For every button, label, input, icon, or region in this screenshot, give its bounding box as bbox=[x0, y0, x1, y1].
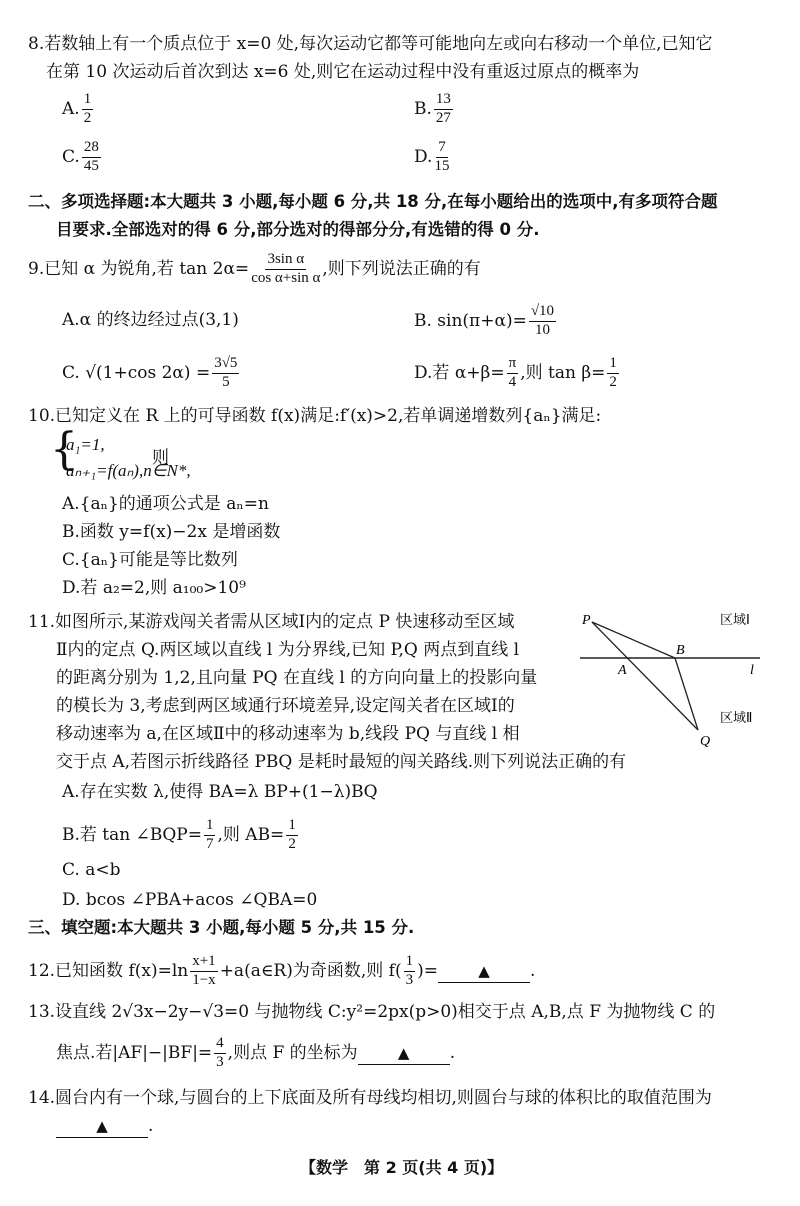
q8-line2: 在第 10 次运动后首次到达 x=6 处,则它在运动过程中没有重返过原点的概率为 bbox=[46, 64, 639, 81]
segment-pb bbox=[592, 622, 675, 658]
q11-option-b: B.若 tan ∠BQP=17,则 AB=12 bbox=[62, 818, 300, 853]
q9-option-c: C. √(1+cos 2α) =3√55 bbox=[62, 356, 241, 391]
q11-figure: P A B Q l 区域Ⅰ 区域Ⅱ bbox=[580, 600, 800, 750]
q8-option-b: B.1327 bbox=[414, 92, 455, 127]
q10-system-eq1: a₁=1, bbox=[66, 436, 105, 453]
q10-option-a: A.{aₙ}的通项公式是 aₙ=n bbox=[62, 496, 269, 513]
region-2-label: 区域Ⅱ bbox=[720, 711, 752, 726]
region-1-label: 区域Ⅰ bbox=[720, 613, 750, 628]
section2-heading-line2: 目要求.全部选对的得 6 分,部分选对的得部分分,有选错的得 0 分. bbox=[56, 222, 540, 239]
q11-option-a: A.存在实数 λ,使得 BA=λ BP+(1−λ)BQ bbox=[62, 784, 378, 801]
q9-stem: 9.已知 α 为锐角,若 tan 2α=3sin αcos α+sin α,则下… bbox=[28, 252, 481, 287]
q13-line2: 焦点.若|AF|−|BF|=43,则点 F 的坐标为▲. bbox=[56, 1036, 455, 1071]
q10-option-b: B.函数 y=f(x)−2x 是增函数 bbox=[62, 524, 280, 541]
q10-system-eq2: aₙ₊₁=f(aₙ),n∈N*, bbox=[66, 462, 191, 479]
triangle-marker-icon: ▲ bbox=[398, 1044, 410, 1062]
q8-option-a: A.12 bbox=[62, 92, 95, 127]
q11-stem-line6: 交于点 A,若图示折线路径 PBQ 是耗时最短的闯关路线.则下列说法正确的有 bbox=[56, 754, 626, 771]
triangle-marker-icon: ▲ bbox=[96, 1117, 108, 1135]
q8-option-c: C.2845 bbox=[62, 140, 103, 175]
q9-option-a: A.α 的终边经过点(3,1) bbox=[62, 312, 239, 329]
q10-option-c: C.{aₙ}可能是等比数列 bbox=[62, 552, 238, 569]
q8-option-d: D.715 bbox=[414, 140, 451, 175]
q9-option-d: D.若 α+β=π4,则 tan β=12 bbox=[414, 356, 621, 391]
segment-pq bbox=[592, 622, 698, 730]
answer-blank-q12[interactable]: ▲ bbox=[438, 964, 530, 983]
page-footer: 【数学 第 2 页(共 4 页)】 bbox=[300, 1160, 503, 1176]
answer-blank-q14[interactable]: ▲ bbox=[56, 1119, 148, 1138]
q11-stem-line3: 的距离分别为 1,2,且向量 PQ 在直线 l 的方向向量上的投影向量 bbox=[56, 670, 537, 687]
q11-option-c: C. a<b bbox=[62, 862, 120, 879]
q13-line1: 13.设直线 2√3x−2y−√3=0 与抛物线 C:y²=2px(p>0)相交… bbox=[28, 1004, 715, 1021]
q8-line1: 8.若数轴上有一个质点位于 x=0 处,每次运动它都等可能地向左或向右移动一个单… bbox=[28, 36, 712, 53]
q11-stem-line4: 的模长为 3,考虑到两区域通行环境差异,设定闯关者在区域Ⅰ的 bbox=[56, 698, 515, 715]
q12-stem: 12.已知函数 f(x)=lnx+11−x+a(a∈R)为奇函数,则 f(13)… bbox=[28, 954, 535, 989]
triangle-marker-icon: ▲ bbox=[478, 962, 490, 980]
q14-line1: 14.圆台内有一个球,与圆台的上下底面及所有母线均相切,则圆台与球的体积比的取值… bbox=[28, 1090, 712, 1107]
section3-heading: 三、填空题:本大题共 3 小题,每小题 5 分,共 15 分. bbox=[28, 920, 414, 937]
label-b: B bbox=[676, 643, 685, 658]
label-a: A bbox=[617, 663, 627, 678]
q11-stem-line2: Ⅱ内的定点 Q.两区域以直线 l 为分界线,已知 P,Q 两点到直线 l bbox=[56, 642, 519, 659]
q11-stem-line5: 移动速率为 a,在区域Ⅱ中的移动速率为 b,线段 PQ 与直线 l 相 bbox=[56, 726, 520, 743]
label-l: l bbox=[750, 663, 754, 678]
section2-heading-line1: 二、多项选择题:本大题共 3 小题,每小题 6 分,共 18 分,在每小题给出的… bbox=[28, 194, 718, 211]
q11-option-d: D. bcos ∠PBA+acos ∠QBA=0 bbox=[62, 892, 317, 909]
answer-blank-q13[interactable]: ▲ bbox=[358, 1046, 450, 1065]
q10-option-d: D.若 a₂=2,则 a₁₀₀>10⁹ bbox=[62, 580, 246, 597]
q10-stem: 10.已知定义在 R 上的可导函数 f(x)满足:f′(x)>2,若单调递增数列… bbox=[28, 408, 601, 425]
q10-then: 则 bbox=[152, 450, 169, 467]
label-p: P bbox=[581, 613, 591, 628]
label-q: Q bbox=[700, 734, 710, 749]
q14-line2: ▲. bbox=[56, 1118, 153, 1138]
q9-option-b: B. sin(π+α)=√1010 bbox=[414, 304, 558, 339]
q11-stem-line1: 11.如图所示,某游戏闯关者需从区域Ⅰ内的定点 P 快速移动至区域 bbox=[28, 614, 514, 631]
